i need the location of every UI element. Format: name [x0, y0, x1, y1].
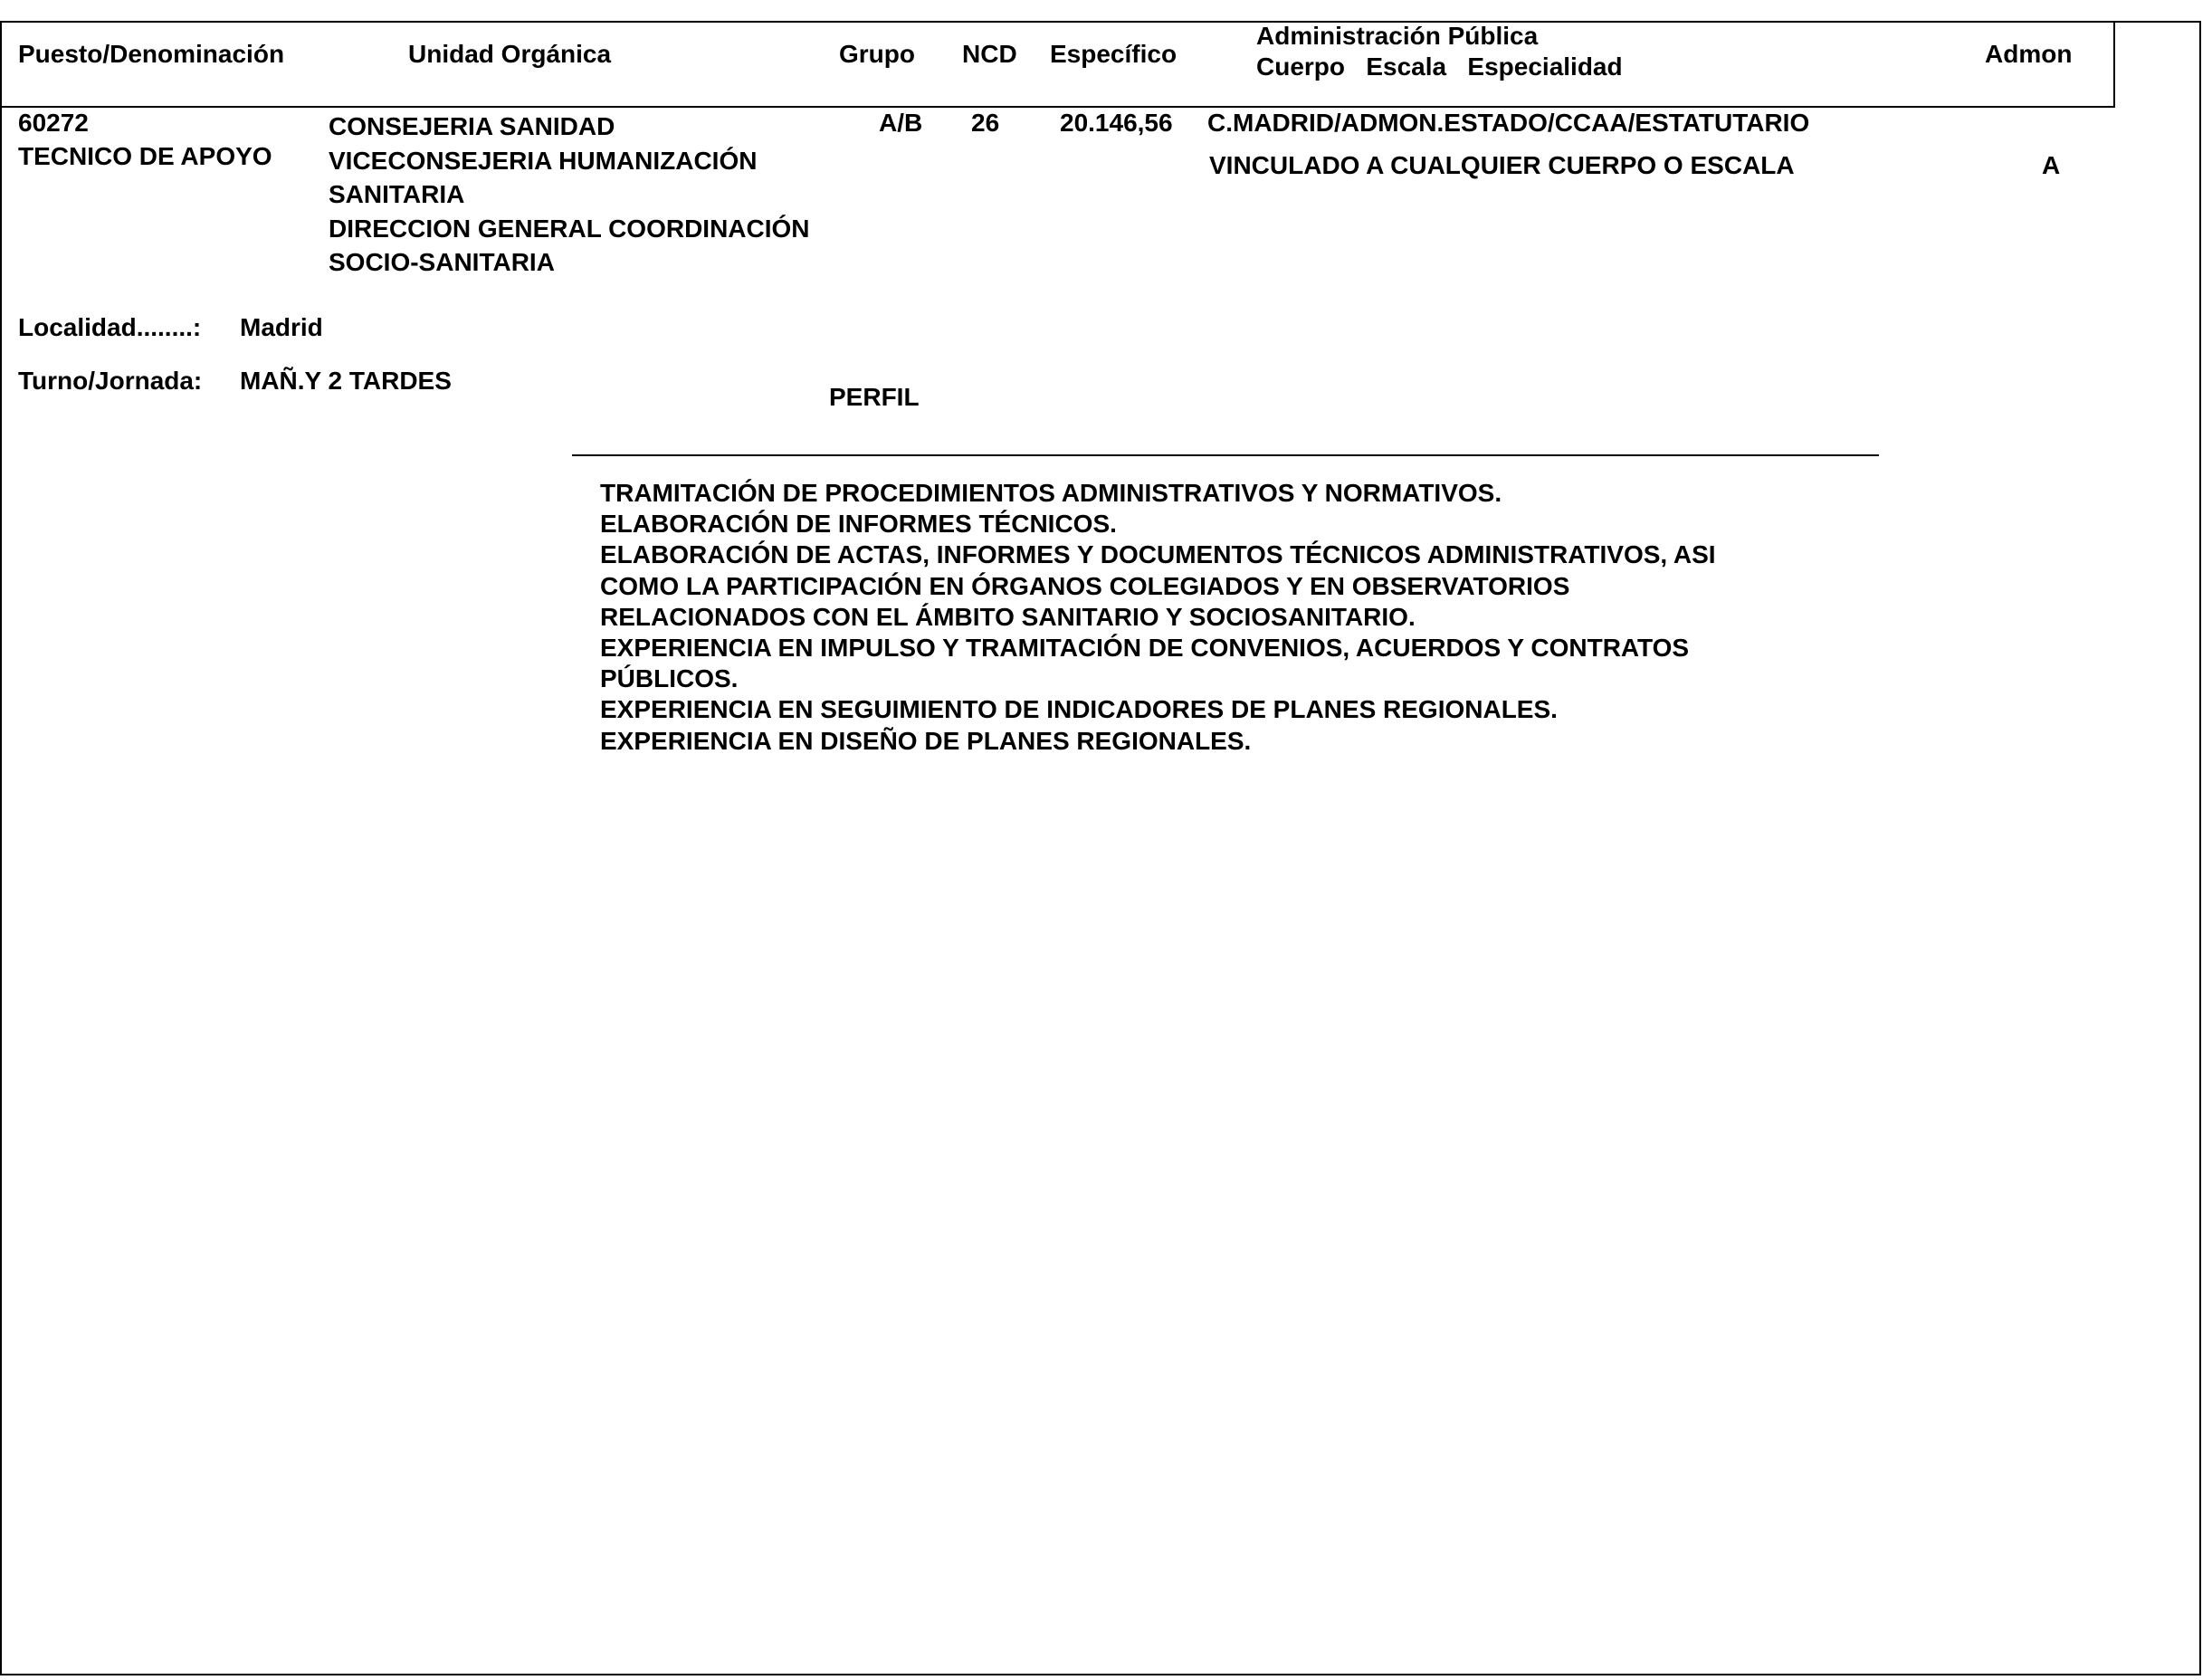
- grupo-value: A/B: [879, 109, 922, 138]
- header-ncd: NCD: [962, 40, 1017, 69]
- ncd-value: 26: [971, 109, 999, 138]
- unidad-line: SANITARIA: [329, 180, 464, 209]
- perfil-line: ELABORACIÓN DE INFORMES TÉCNICOS.: [600, 509, 1716, 539]
- unidad-line: VICECONSEJERIA HUMANIZACIÓN: [329, 147, 757, 176]
- unidad-line: SOCIO-SANITARIA: [329, 248, 555, 277]
- header-unidad: Unidad Orgánica: [408, 40, 611, 69]
- header-grupo: Grupo: [839, 40, 915, 69]
- localidad-value: Madrid: [240, 313, 323, 342]
- administracion-value: C.MADRID/ADMON.ESTADO/CCAA/ESTATUTARIO: [1207, 109, 1809, 138]
- header-especifico: Específico: [1050, 40, 1177, 69]
- unidad-line: CONSEJERIA SANIDAD: [329, 112, 615, 141]
- perfil-divider: [572, 454, 1879, 456]
- perfil-line: PÚBLICOS.: [600, 663, 1716, 694]
- perfil-list: TRAMITACIÓN DE PROCEDIMIENTOS ADMINISTRA…: [600, 478, 1716, 757]
- localidad-label: Localidad........:: [18, 313, 201, 342]
- cuerpo-value: VINCULADO A CUALQUIER CUERPO O ESCALA: [1209, 151, 1795, 180]
- perfil-line: EXPERIENCIA EN DISEÑO DE PLANES REGIONAL…: [600, 726, 1716, 757]
- especifico-value: 20.146,56: [1060, 109, 1173, 138]
- perfil-line: EXPERIENCIA EN IMPULSO Y TRAMITACIÓN DE …: [600, 633, 1716, 663]
- header-administracion: Administración Pública: [1256, 22, 1538, 51]
- puesto-denominacion: TECNICO DE APOYO: [18, 142, 272, 171]
- header-cuerpo-escala: Cuerpo Escala Especialidad: [1256, 52, 1623, 81]
- turno-label: Turno/Jornada:: [18, 367, 202, 396]
- header-puesto: Puesto/Denominación: [18, 40, 284, 69]
- header-admon: Admon: [1985, 40, 2072, 69]
- admon-value: A: [2042, 151, 2060, 180]
- perfil-line: ELABORACIÓN DE ACTAS, INFORMES Y DOCUMEN…: [600, 539, 1716, 570]
- perfil-line: RELACIONADOS CON EL ÁMBITO SANITARIO Y S…: [600, 602, 1716, 633]
- perfil-line: TRAMITACIÓN DE PROCEDIMIENTOS ADMINISTRA…: [600, 478, 1716, 509]
- puesto-codigo: 60272: [18, 109, 89, 138]
- perfil-line: COMO LA PARTICIPACIÓN EN ÓRGANOS COLEGIA…: [600, 571, 1716, 602]
- perfil-title: PERFIL: [829, 383, 920, 412]
- perfil-line: EXPERIENCIA EN SEGUIMIENTO DE INDICADORE…: [600, 694, 1716, 725]
- turno-value: MAÑ.Y 2 TARDES: [240, 367, 452, 396]
- unidad-line: DIRECCION GENERAL COORDINACIÓN: [329, 215, 810, 243]
